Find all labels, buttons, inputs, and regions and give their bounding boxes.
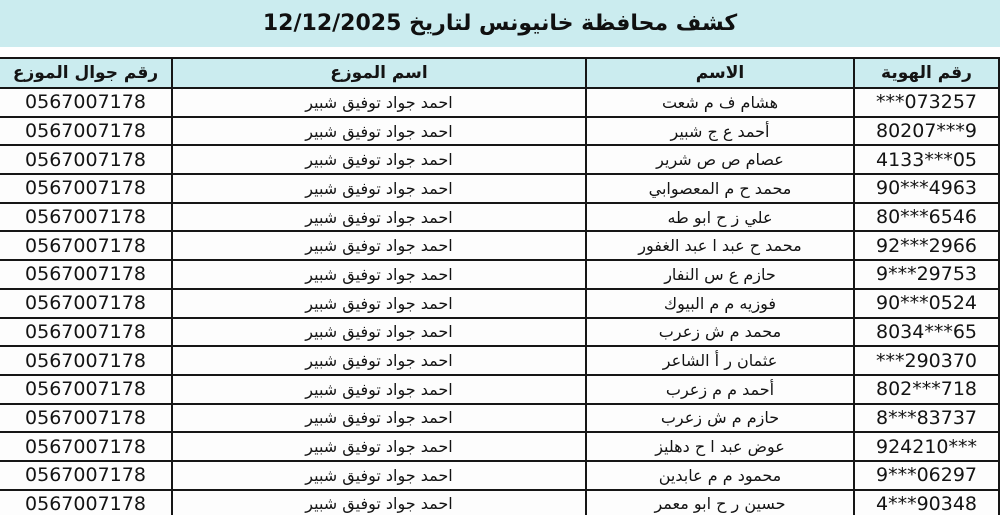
id-cell: 90***0524 [854, 289, 999, 318]
id-cell: 80***6546 [854, 203, 999, 232]
phone-cell: 0567007178 [0, 346, 172, 375]
table-row: ***073257 هشام ف م شعت احمد جواد توفيق ش… [0, 88, 999, 117]
id-cell: 80207***9 [854, 117, 999, 146]
id-cell: 9***29753 [854, 260, 999, 289]
phone-cell: 0567007178 [0, 88, 172, 117]
distributor-cell: احمد جواد توفيق شبير [172, 346, 586, 375]
phone-cell: 0567007178 [0, 318, 172, 347]
distributor-cell: احمد جواد توفيق شبير [172, 318, 586, 347]
name-cell: محمد م ش زعرب [586, 318, 854, 347]
table-row: 8***83737 حازم م ش زعرب احمد جواد توفيق … [0, 404, 999, 433]
name-cell: أحمد م م زعرب [586, 375, 854, 404]
id-cell: 4133***05 [854, 145, 999, 174]
id-cell: 90***4963 [854, 174, 999, 203]
header-phone: رقم جوال الموزع [0, 58, 172, 88]
distributor-cell: احمد جواد توفيق شبير [172, 404, 586, 433]
title-band: كشف محافظة خانيونس لتاريخ 12/12/2025 [0, 0, 1000, 47]
title-table-gap [0, 47, 1000, 57]
table-row: 4133***05 عصام ص ص شرير احمد جواد توفيق … [0, 145, 999, 174]
id-cell: 9***06297 [854, 461, 999, 490]
distributor-cell: احمد جواد توفيق شبير [172, 432, 586, 461]
name-cell: حازم ع س النفار [586, 260, 854, 289]
phone-cell: 0567007178 [0, 145, 172, 174]
table-row: 90***0524 فوزيه م م البيوك احمد جواد توف… [0, 289, 999, 318]
header-name: الاسم [586, 58, 854, 88]
table-row: ***290370 عثمان ر أ الشاعر احمد جواد توف… [0, 346, 999, 375]
id-cell: ***290370 [854, 346, 999, 375]
id-cell: 8***83737 [854, 404, 999, 433]
table-row: 80207***9 أحمد ع ج شبير احمد جواد توفيق … [0, 117, 999, 146]
phone-cell: 0567007178 [0, 260, 172, 289]
page-title: كشف محافظة خانيونس لتاريخ 12/12/2025 [263, 11, 737, 36]
phone-cell: 0567007178 [0, 289, 172, 318]
distributor-cell: احمد جواد توفيق شبير [172, 117, 586, 146]
table-header: رقم الهوية الاسم اسم الموزع رقم جوال الم… [0, 58, 999, 88]
table-row: 924210*** عوض عبد ا ح دهليز احمد جواد تو… [0, 432, 999, 461]
table-row: 9***06297 محمود م م عابدين احمد جواد توف… [0, 461, 999, 490]
table-row: 80***6546 علي ز ح ابو طه احمد جواد توفيق… [0, 203, 999, 232]
distributor-cell: احمد جواد توفيق شبير [172, 231, 586, 260]
name-cell: فوزيه م م البيوك [586, 289, 854, 318]
id-cell: 8034***65 [854, 318, 999, 347]
distributor-cell: احمد جواد توفيق شبير [172, 145, 586, 174]
table-row: 8034***65 محمد م ش زعرب احمد جواد توفيق … [0, 318, 999, 347]
name-cell: محمود م م عابدين [586, 461, 854, 490]
id-cell: 802***718 [854, 375, 999, 404]
table-row: 802***718 أحمد م م زعرب احمد جواد توفيق … [0, 375, 999, 404]
header-row: رقم الهوية الاسم اسم الموزع رقم جوال الم… [0, 58, 999, 88]
name-cell: حسين ر ح ابو معمر [586, 490, 854, 515]
document-page: كشف محافظة خانيونس لتاريخ 12/12/2025 رقم… [0, 0, 1000, 515]
phone-cell: 0567007178 [0, 432, 172, 461]
distributor-cell: احمد جواد توفيق شبير [172, 375, 586, 404]
phone-cell: 0567007178 [0, 231, 172, 260]
header-distributor: اسم الموزع [172, 58, 586, 88]
phone-cell: 0567007178 [0, 461, 172, 490]
id-cell: ***073257 [854, 88, 999, 117]
name-cell: محمد ح عبد ا عبد الغفور [586, 231, 854, 260]
id-cell: 4***90348 [854, 490, 999, 515]
name-cell: محمد ح م المعصوابي [586, 174, 854, 203]
distributor-cell: احمد جواد توفيق شبير [172, 289, 586, 318]
phone-cell: 0567007178 [0, 174, 172, 203]
distributor-cell: احمد جواد توفيق شبير [172, 174, 586, 203]
distributor-cell: احمد جواد توفيق شبير [172, 490, 586, 515]
distributor-cell: احمد جواد توفيق شبير [172, 88, 586, 117]
distributor-cell: احمد جواد توفيق شبير [172, 461, 586, 490]
name-cell: عصام ص ص شرير [586, 145, 854, 174]
name-cell: عثمان ر أ الشاعر [586, 346, 854, 375]
table-row: 4***90348 حسين ر ح ابو معمر احمد جواد تو… [0, 490, 999, 515]
header-id: رقم الهوية [854, 58, 999, 88]
table-row: 90***4963 محمد ح م المعصوابي احمد جواد ت… [0, 174, 999, 203]
phone-cell: 0567007178 [0, 490, 172, 515]
table-body: ***073257 هشام ف م شعت احمد جواد توفيق ش… [0, 88, 999, 515]
phone-cell: 0567007178 [0, 117, 172, 146]
phone-cell: 0567007178 [0, 375, 172, 404]
distributor-cell: احمد جواد توفيق شبير [172, 260, 586, 289]
name-cell: عوض عبد ا ح دهليز [586, 432, 854, 461]
table-row: 9***29753 حازم ع س النفار احمد جواد توفي… [0, 260, 999, 289]
distributor-cell: احمد جواد توفيق شبير [172, 203, 586, 232]
id-cell: 92***2966 [854, 231, 999, 260]
name-cell: حازم م ش زعرب [586, 404, 854, 433]
name-cell: هشام ف م شعت [586, 88, 854, 117]
phone-cell: 0567007178 [0, 404, 172, 433]
phone-cell: 0567007178 [0, 203, 172, 232]
name-cell: أحمد ع ج شبير [586, 117, 854, 146]
name-cell: علي ز ح ابو طه [586, 203, 854, 232]
table-row: 92***2966 محمد ح عبد ا عبد الغفور احمد ج… [0, 231, 999, 260]
distribution-table: رقم الهوية الاسم اسم الموزع رقم جوال الم… [0, 57, 1000, 515]
id-cell: 924210*** [854, 432, 999, 461]
